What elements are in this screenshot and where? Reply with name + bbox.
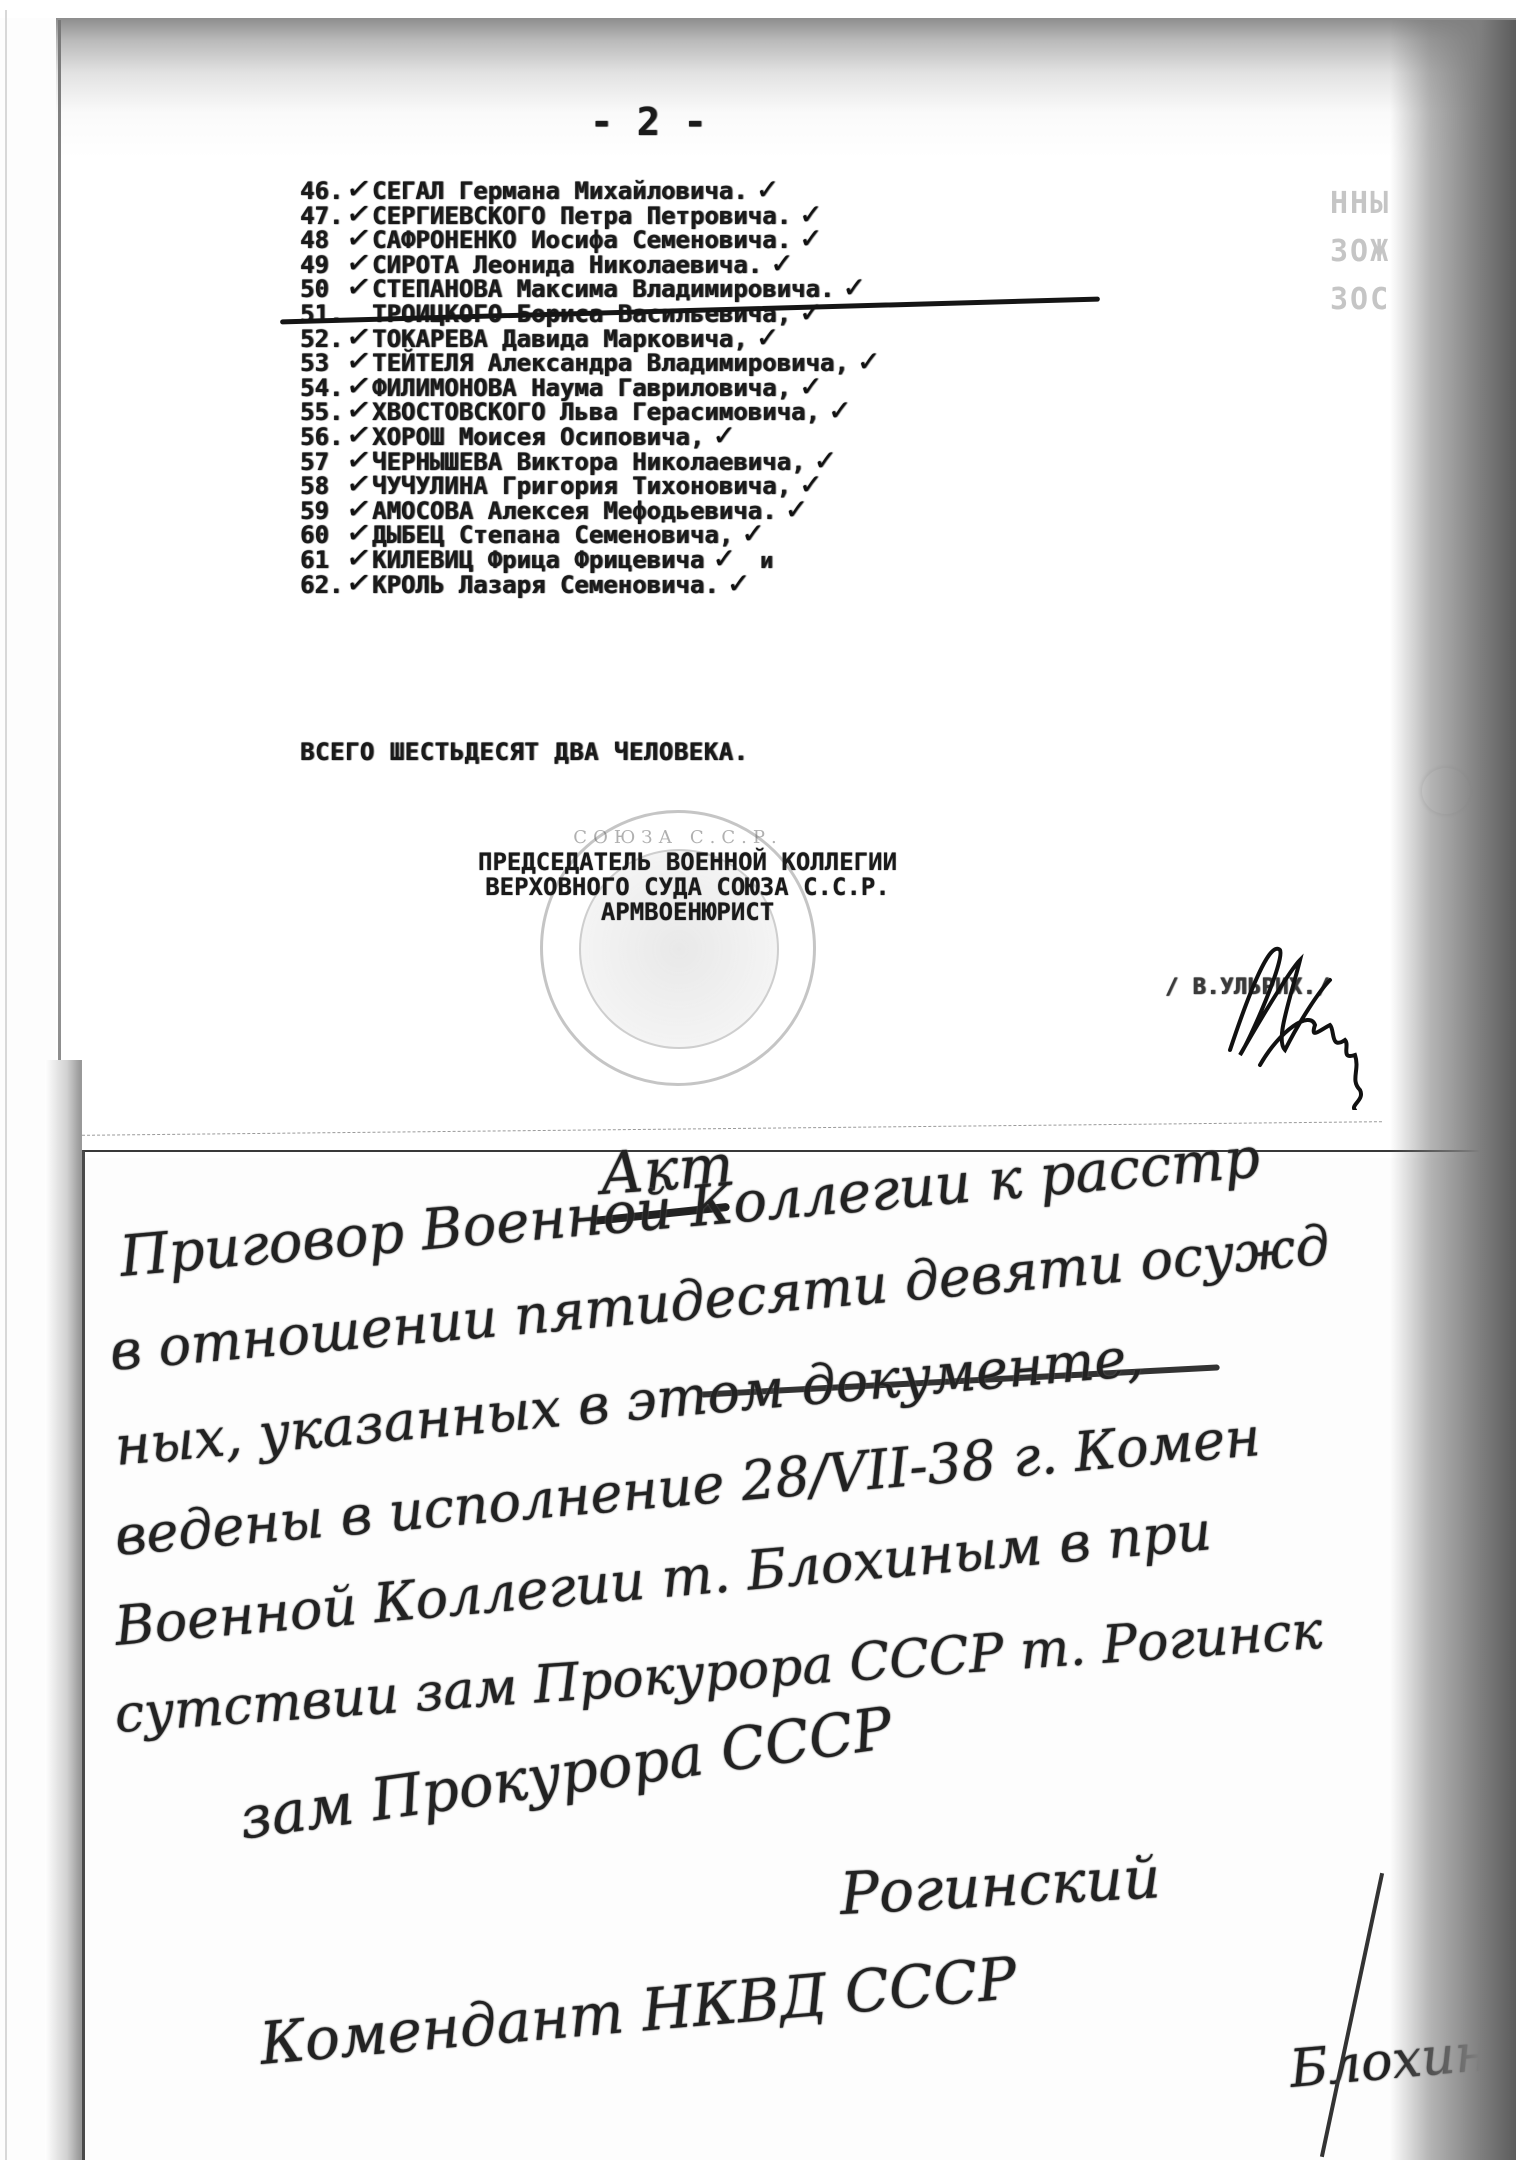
chairman-title-line2: ВЕРХОВНОГО СУДА СОЮЗА С.С.Р. <box>478 875 897 900</box>
list-item: 46.✓СЕГАЛ Германа Михайловича.✓ <box>300 178 880 203</box>
check-mark-icon: ✓ <box>741 517 764 550</box>
scan-shadow-right <box>1390 20 1516 2160</box>
list-item-number: 53 <box>300 351 346 375</box>
list-item-number: 56. <box>300 425 346 449</box>
list-item-number: 62. <box>300 573 346 597</box>
list-item: 54.✓ФИЛИМОНОВА Наума Гавриловича,✓ <box>300 375 880 400</box>
list-item-number: 52. <box>300 327 346 351</box>
list-item: 61✓КИЛЕВИЦ Фрица Фрицевича✓и <box>300 547 880 572</box>
list-item: 59✓АМОСОВА Алексея Мефодьевича.✓ <box>300 498 880 523</box>
list-item: 60✓ДЫБЕЦ Степана Семеновича,✓ <box>300 522 880 547</box>
list-item: 56.✓ХОРОШ Моисея Осиповича,✓ <box>300 424 880 449</box>
check-mark-icon: ✓ <box>727 567 750 600</box>
chairman-title-line1: ПРЕДСЕДАТЕЛЬ ВОЕННОЙ КОЛЛЕГИИ <box>478 850 897 875</box>
list-item-number: 50 <box>300 277 346 301</box>
check-mark-icon: ✓ <box>344 275 373 302</box>
list-item-number: 46. <box>300 179 346 203</box>
list-item: 62.✓КРОЛЬ Лазаря Семеновича.✓ <box>300 572 880 597</box>
list-item-number: 47. <box>300 204 346 228</box>
list-item-number: 57 <box>300 450 346 474</box>
second-sheet-shadow <box>45 1060 82 2160</box>
list-item: 47.✓СЕРГИЕВСКОГО Петра Петровича.✓ <box>300 203 880 228</box>
scan-margin-top <box>0 0 1527 18</box>
scan-margin-right <box>1516 0 1527 2160</box>
list-item-number: 54. <box>300 376 346 400</box>
check-mark-icon: ✓ <box>785 493 808 526</box>
list-item-number: 55. <box>300 400 346 424</box>
list-item-number: 59 <box>300 499 346 523</box>
list-item-name: КРОЛЬ Лазаря Семеновича. <box>372 571 719 599</box>
chairman-title-line3: АРМВОЕНЮРИСТ <box>478 900 897 925</box>
check-mark-icon: ✓ <box>857 345 880 378</box>
list-item: 50✓СТЕПАНОВА Максима Владимировича.✓ <box>300 276 880 301</box>
handwritten-signature-icon <box>1190 930 1390 1110</box>
list-item-annotation: и <box>760 549 773 574</box>
list-item: 52.✓ТОКАРЕВА Давида Марковича,✓ <box>300 326 880 351</box>
check-mark-icon: ✓ <box>842 271 865 304</box>
list-item: 53✓ТЕЙТЕЛЯ Александра Владимировича,✓ <box>300 350 880 375</box>
list-item-number: 48 <box>300 228 346 252</box>
list-item: 49✓СИРОТА Леонида Николаевича.✓ <box>300 252 880 277</box>
scanned-document-page: ННЫ ЗОЖ ЗОС - 2 - 46.✓СЕГАЛ Германа Миха… <box>0 0 1527 2160</box>
first-sheet-edge <box>58 20 61 1160</box>
check-mark-icon: ✓ <box>344 570 373 597</box>
list-item: 51.ТРОИЦКОГО Бориса Васильевича,✓ <box>300 301 880 326</box>
list-item-number: 60 <box>300 523 346 547</box>
check-mark-icon: ✓ <box>828 394 851 427</box>
page-number: - 2 - <box>590 100 707 144</box>
name-list: 46.✓СЕГАЛ Германа Михайловича.✓47.✓СЕРГИ… <box>300 178 880 596</box>
list-item-number: 61 <box>300 548 346 572</box>
total-count: ВСЕГО ШЕСТЬДЕСЯТ ДВА ЧЕЛОВЕКА. <box>300 738 748 766</box>
list-item-number: 49 <box>300 253 346 277</box>
list-item: 57✓ЧЕРНЫШЕВА Виктора Николаевича,✓ <box>300 449 880 474</box>
seal-text: СОЮЗА С.С.Р. <box>543 827 813 848</box>
check-mark-icon: ✓ <box>799 222 822 255</box>
list-item: 55.✓ХВОСТОВСКОГО Льва Герасимовича,✓ <box>300 399 880 424</box>
scan-left-edge <box>5 10 7 2160</box>
list-item-number: 51. <box>300 302 346 326</box>
check-mark-icon: ✓ <box>799 296 822 329</box>
bleed-through-text: ННЫ ЗОЖ ЗОС <box>1330 180 1390 324</box>
list-item-number: 58 <box>300 474 346 498</box>
chairman-title-block: ПРЕДСЕДАТЕЛЬ ВОЕННОЙ КОЛЛЕГИИ ВЕРХОВНОГО… <box>478 850 897 925</box>
